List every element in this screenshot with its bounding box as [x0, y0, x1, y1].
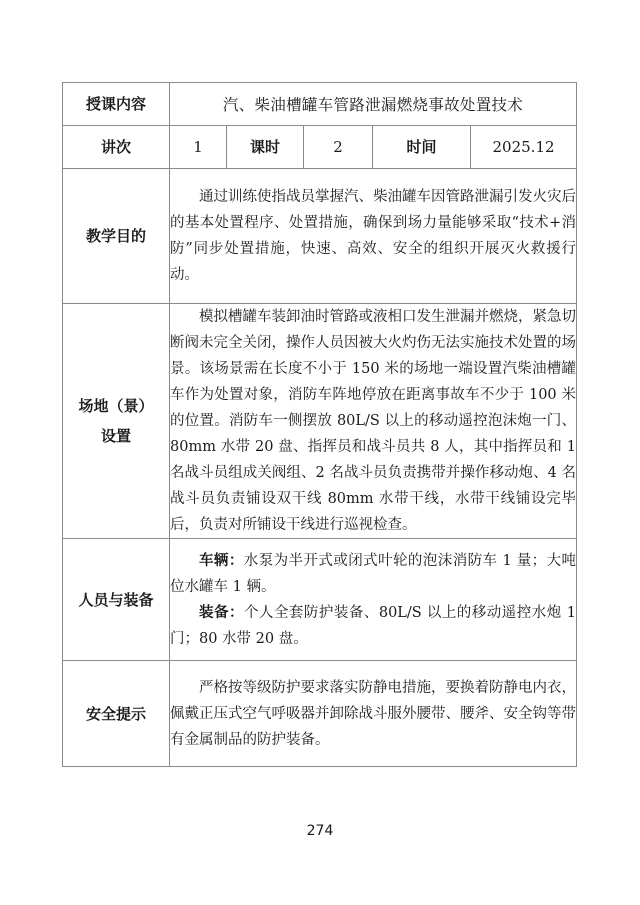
row-equipment: 人员与装备 车辆：水泵为半开式或闭式叶轮的泡沫消防车 1 量；大吨位水罐车 1 …	[63, 539, 577, 661]
time-value: 2025.12	[471, 126, 577, 169]
goal-text-cell: 通过训练使指战员掌握汽、柴油罐车因管路泄漏引发火灾后的基本处置程序、处置措施，确…	[170, 169, 577, 304]
lesson-plan-table: 授课内容 汽、柴油槽罐车管路泄漏燃烧事故处置技术 讲次 1 课时 2 时间 20…	[62, 82, 577, 767]
row-topic: 授课内容 汽、柴油槽罐车管路泄漏燃烧事故处置技术	[63, 83, 577, 126]
lecture-value: 1	[170, 126, 227, 169]
page-number: 274	[0, 823, 640, 839]
row-safety: 安全提示 严格按等级防护要求落实防静电措施，要换着防静电内衣，佩戴正压式空气呼吸…	[63, 661, 577, 767]
lecture-label: 讲次	[63, 126, 170, 169]
row-scene: 场地（景） 设置 模拟槽罐车装卸油时管路或液相口发生泄漏并燃烧，紧急切断阀未完全…	[63, 304, 577, 539]
safety-label: 安全提示	[63, 661, 170, 767]
topic-value: 汽、柴油槽罐车管路泄漏燃烧事故处置技术	[170, 83, 577, 126]
topic-label: 授课内容	[63, 83, 170, 126]
equipment-text-cell: 车辆：水泵为半开式或闭式叶轮的泡沫消防车 1 量；大吨位水罐车 1 辆。 装备：…	[170, 539, 577, 661]
scene-text: 模拟槽罐车装卸油时管路或液相口发生泄漏并燃烧，紧急切断阀未完全关闭，操作人员因被…	[170, 304, 576, 538]
time-label: 时间	[373, 126, 471, 169]
safety-text-cell: 严格按等级防护要求落实防静电措施，要换着防静电内衣，佩戴正压式空气呼吸器并卸除战…	[170, 661, 577, 767]
goal-text: 通过训练使指战员掌握汽、柴油罐车因管路泄漏引发火灾后的基本处置程序、处置措施，确…	[170, 184, 576, 288]
hours-value: 2	[304, 126, 373, 169]
gear-paragraph: 装备：个人全套防护装备、80L/S 以上的移动遥控水炮 1 门；80 水带 20…	[170, 600, 576, 652]
scene-text-cell: 模拟槽罐车装卸油时管路或液相口发生泄漏并燃烧，紧急切断阀未完全关闭，操作人员因被…	[170, 304, 577, 539]
row-meta: 讲次 1 课时 2 时间 2025.12	[63, 126, 577, 169]
scene-label-line1: 场地（景）	[63, 391, 169, 421]
row-goal: 教学目的 通过训练使指战员掌握汽、柴油罐车因管路泄漏引发火灾后的基本处置程序、处…	[63, 169, 577, 304]
goal-label: 教学目的	[63, 169, 170, 304]
equipment-label: 人员与装备	[63, 539, 170, 661]
safety-text: 严格按等级防护要求落实防静电措施，要换着防静电内衣，佩戴正压式空气呼吸器并卸除战…	[170, 675, 576, 753]
scene-label: 场地（景） 设置	[63, 304, 170, 539]
gear-label: 装备：	[199, 605, 244, 621]
scene-label-line2: 设置	[63, 421, 169, 451]
hours-label: 课时	[227, 126, 304, 169]
vehicles-label: 车辆：	[199, 553, 244, 569]
document-page: 授课内容 汽、柴油槽罐车管路泄漏燃烧事故处置技术 讲次 1 课时 2 时间 20…	[0, 0, 640, 905]
vehicles-paragraph: 车辆：水泵为半开式或闭式叶轮的泡沫消防车 1 量；大吨位水罐车 1 辆。	[170, 548, 576, 600]
